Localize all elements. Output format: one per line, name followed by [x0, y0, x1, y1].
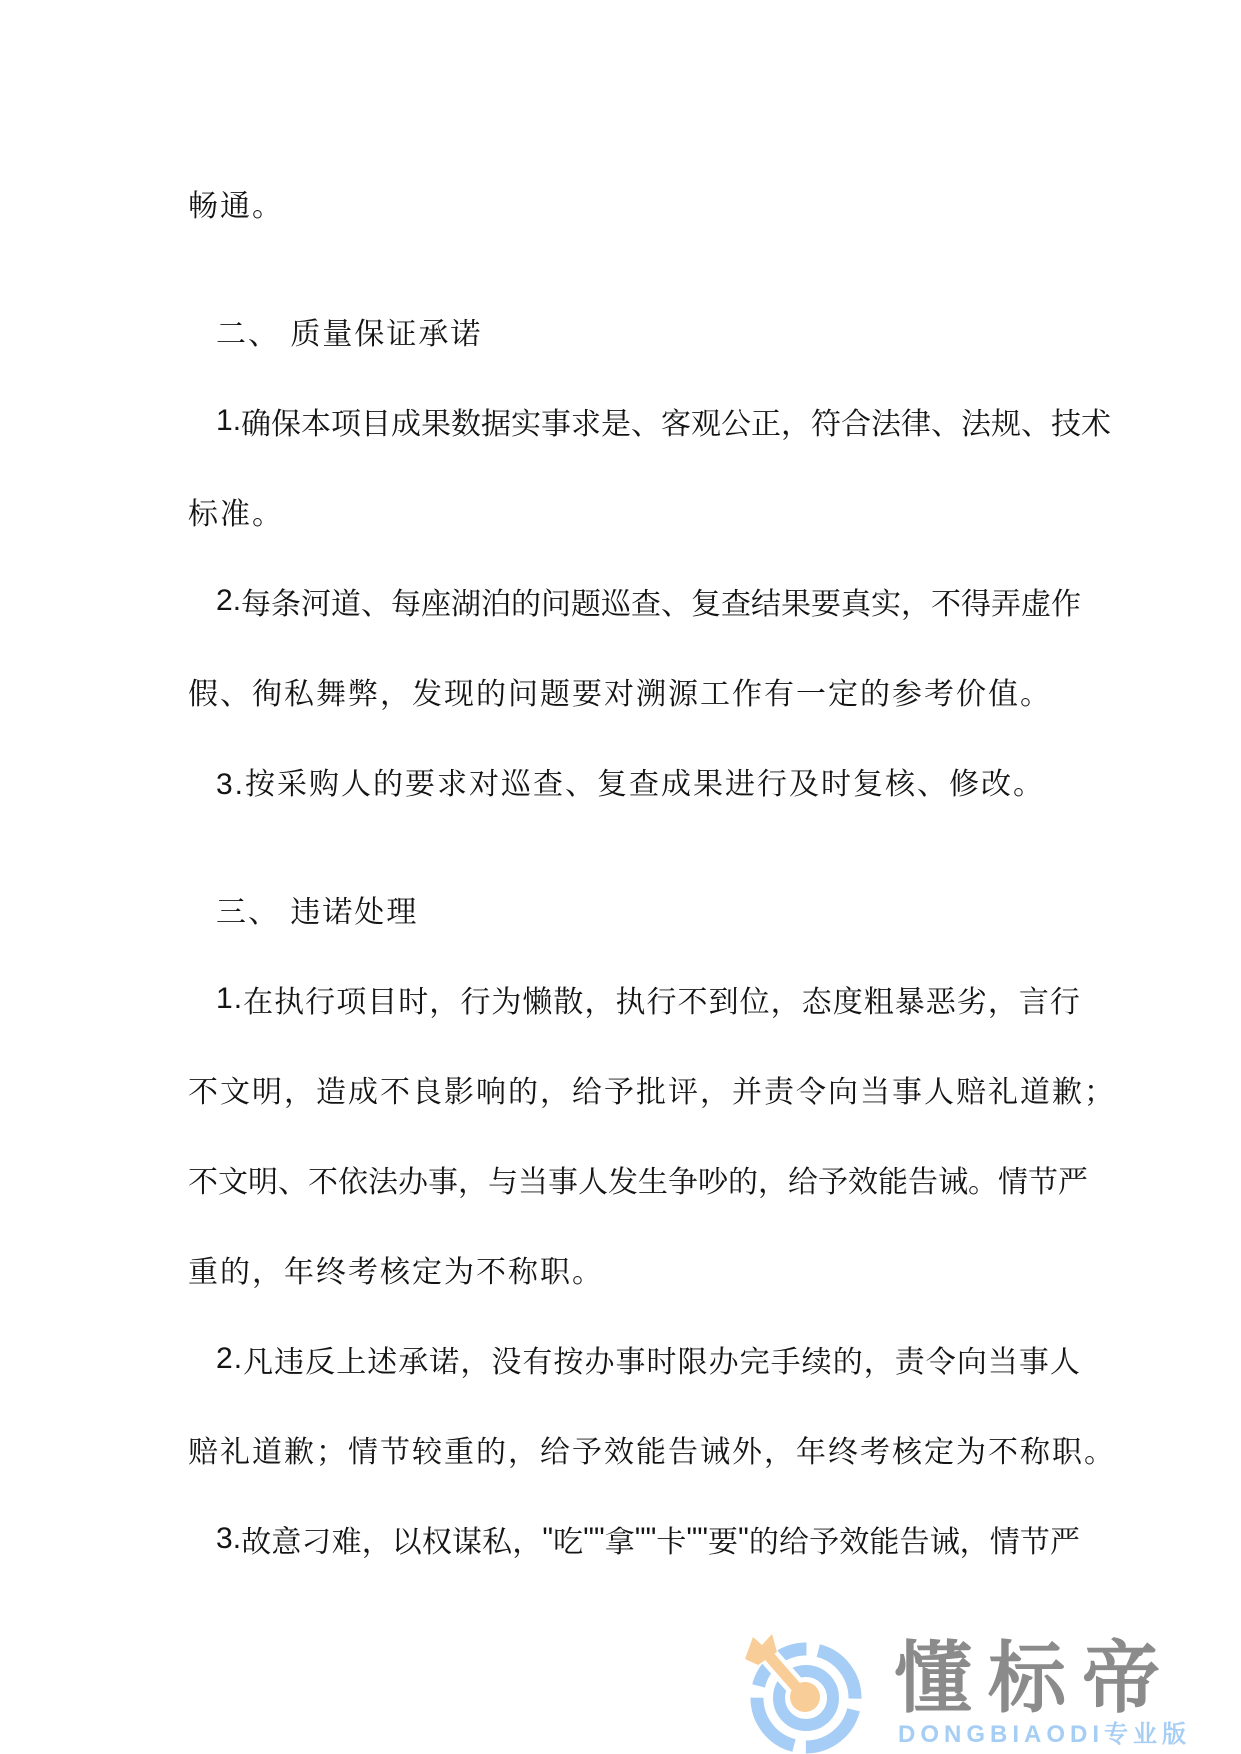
text-line: 1.确保本项目成果数据实事求是、客观公正，符合法律、法规、技术	[188, 376, 1080, 466]
text-line: 不文明、不依法办事，与当事人发生争吵的，给予效能告诫。情节严	[188, 1134, 1080, 1224]
document-page: 畅通。二、 质量保证承诺1.确保本项目成果数据实事求是、客观公正，符合法律、法规…	[0, 0, 1241, 1754]
heading-line: 三、 违诺处理	[188, 864, 1080, 954]
text-line: 不文明，造成不良影响的，给予批评，并责令向当事人赔礼道歉；	[188, 1044, 1080, 1134]
brand-subtitle: DONGBIAODI专业版	[898, 1722, 1191, 1748]
text-line: 3.故意刁难，以权谋私，"吃""拿""卡""要"的给予效能告诫，情节严	[188, 1494, 1080, 1584]
watermark-logo: 懂标帝 DONGBIAODI专业版	[744, 1634, 1214, 1754]
text-line: 畅通。	[188, 158, 1080, 248]
text-line: 3.按采购人的要求对巡查、复查成果进行及时复核、修改。	[188, 736, 1080, 826]
text-line: 2.凡违反上述承诺，没有按办事时限办完手续的，责令向当事人	[188, 1314, 1080, 1404]
text-line: 赔礼道歉；情节较重的，给予效能告诫外，年终考核定为不称职。	[188, 1404, 1080, 1494]
text-line: 2.每条河道、每座湖泊的问题巡查、复查结果要真实，不得弄虚作	[188, 556, 1080, 646]
document-content: 畅通。二、 质量保证承诺1.确保本项目成果数据实事求是、客观公正，符合法律、法规…	[188, 158, 1080, 1584]
brand-name: 懂标帝	[894, 1636, 1176, 1720]
heading-line: 二、 质量保证承诺	[188, 286, 1080, 376]
text-line: 重的，年终考核定为不称职。	[188, 1224, 1080, 1314]
text-line: 假、徇私舞弊，发现的问题要对溯源工作有一定的参考价值。	[188, 646, 1080, 736]
text-line: 标准。	[188, 466, 1080, 556]
target-dart-icon	[744, 1634, 864, 1754]
text-line: 1.在执行项目时，行为懒散，执行不到位，态度粗暴恶劣，言行	[188, 954, 1080, 1044]
